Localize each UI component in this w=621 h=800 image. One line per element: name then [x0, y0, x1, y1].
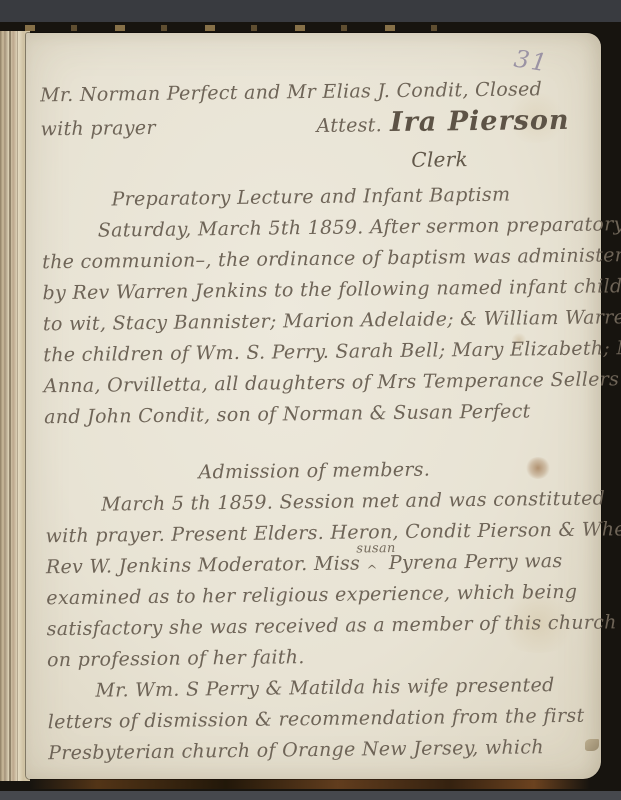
manuscript-line: and John Condit, son of Norman & Susan P… — [44, 396, 583, 434]
attestation-row: with prayer Attest. Ira Pierson — [40, 105, 579, 150]
gutter-fold-line — [9, 31, 11, 781]
manuscript-line: satisfactory she was received as a membe… — [47, 608, 586, 646]
caret-mark: ^ — [367, 564, 378, 577]
backdrop-bottom — [0, 791, 621, 800]
manuscript-page: 31 Mr. Norman Perfect and Mr Elias J. Co… — [26, 33, 601, 779]
manuscript-line: Presbyterian church of Orange New Jersey… — [48, 732, 587, 770]
attest-label: Attest. — [316, 110, 382, 142]
attestation: Attest. Ira Pierson — [316, 105, 569, 142]
line-segment: Pyrena Perry was — [389, 550, 563, 574]
clerk-signature: Ira Pierson — [390, 105, 570, 138]
handwritten-text: Mr. Norman Perfect and Mr Elias J. Condi… — [21, 30, 605, 783]
gutter-fold-line — [17, 31, 18, 781]
backdrop-top — [0, 0, 621, 22]
inserted-word: susan — [356, 542, 395, 555]
line-segment: Rev W. Jenkins Moderator. Miss — [46, 552, 360, 578]
cover-wear-specks — [25, 25, 455, 31]
manuscript-line: with prayer — [40, 113, 156, 145]
